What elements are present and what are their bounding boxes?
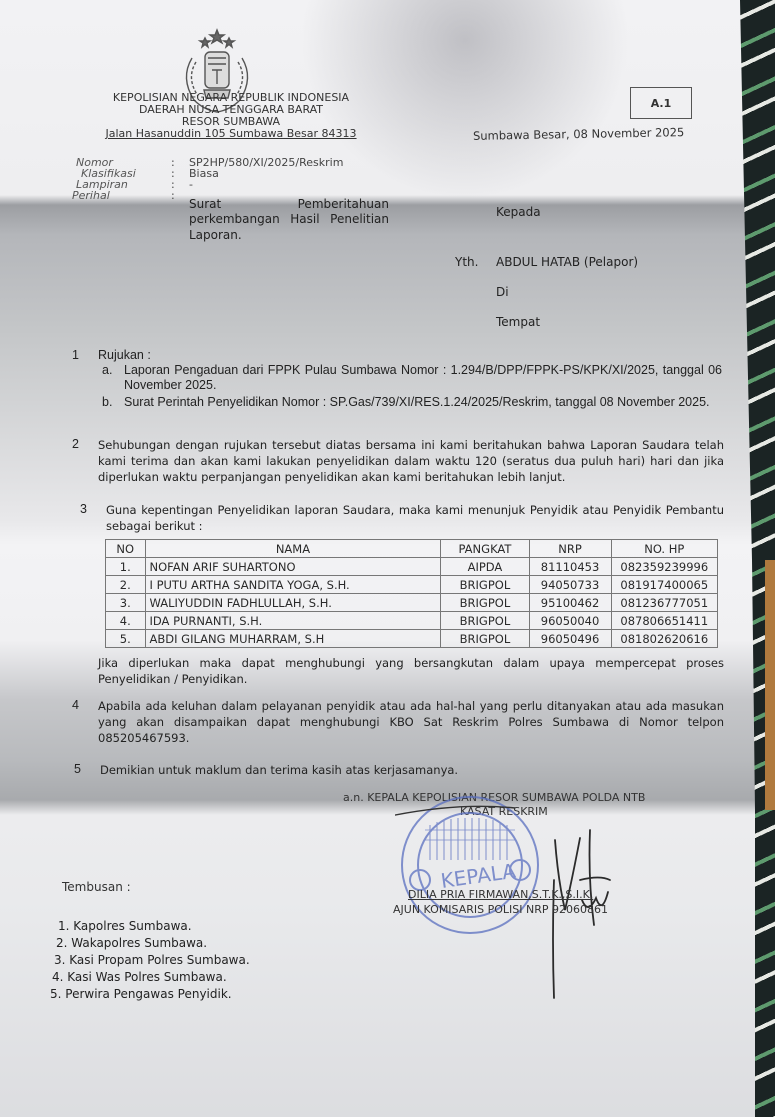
cc-item: 3. Kasi Propam Polres Sumbawa. <box>54 952 250 969</box>
signer-rank-nrp: AJUN KOMISARIS POLISI NRP 92060861 <box>393 903 608 916</box>
cell-nama: I PUTU ARTHA SANDITA YOGA, S.H. <box>145 576 441 594</box>
table-row: 3. WALIYUDDIN FADHLULLAH, S.H. BRIGPOL 9… <box>106 594 718 612</box>
cell-no: 1. <box>106 558 146 576</box>
lampiran-value: - <box>189 179 193 190</box>
table-row: 2. I PUTU ARTHA SANDITA YOGA, S.H. BRIGP… <box>106 576 718 594</box>
reference-a-label: a. <box>102 363 112 378</box>
cell-no: 3. <box>106 594 146 612</box>
background-table-edge <box>765 560 775 810</box>
point-1-title: Rujukan : <box>98 348 151 363</box>
meta-lampiran: Lampiran : - <box>76 179 343 190</box>
signer-name: DILIA PRIA FIRMAWAN,S.T.K.,S.I.K. <box>408 888 593 901</box>
cell-phone: 081802620616 <box>611 630 717 648</box>
point-number: 4 <box>72 698 79 713</box>
perihal-label: Perihal <box>72 190 171 201</box>
cc-item: 2. Wakapolres Sumbawa. <box>56 935 250 952</box>
reference-b-text: Surat Perintah Penyelidikan Nomor : SP.G… <box>124 395 722 410</box>
cell-nrp: 95100462 <box>529 594 611 612</box>
point-5-text: Demikian untuk maklum dan terima kasih a… <box>100 762 726 778</box>
cell-phone: 081236777051 <box>611 594 717 612</box>
yth-label: Yth. <box>455 255 478 269</box>
cell-nrp: 94050733 <box>529 576 611 594</box>
col-header-no: NO <box>106 540 146 558</box>
cc-item: 4. Kasi Was Polres Sumbawa. <box>52 969 250 986</box>
letterhead: KEPOLISIAN NEGARA REPUBLIK INDONESIA DAE… <box>90 92 372 140</box>
reference-b-label: b. <box>102 395 112 410</box>
cc-title: Tembusan : <box>62 880 131 894</box>
point-1: 1 Rujukan : a. Laporan Pengaduan dari FP… <box>72 348 722 428</box>
table-header-row: NO NAMA PANGKAT NRP NO. HP <box>106 540 718 558</box>
di-label: Di <box>496 285 509 299</box>
reference-a-text: Laporan Pengaduan dari FPPK Pulau Sumbaw… <box>124 363 722 393</box>
point-number: 5 <box>74 762 81 777</box>
col-header-pangkat: PANGKAT <box>441 540 529 558</box>
table-row: 1. NOFAN ARIF SUHARTONO AIPDA 81110453 0… <box>106 558 718 576</box>
point-number: 2 <box>72 437 79 452</box>
kepada-label: Kepada <box>496 205 541 219</box>
form-code-box: A.1 <box>630 87 692 119</box>
separator: : <box>171 190 189 201</box>
tempat-label: Tempat <box>496 315 540 329</box>
point-3-after-table: Jika diperlukan maka dapat menghubungi y… <box>98 655 724 687</box>
cc-item: 5. Perwira Pengawas Penyidik. <box>50 986 250 1003</box>
point-2-text: Sehubungan dengan rujukan tersebut diata… <box>98 437 724 485</box>
cell-pangkat: BRIGPOL <box>441 576 529 594</box>
cell-phone: 081917400065 <box>611 576 717 594</box>
cell-nama: WALIYUDDIN FADHLULLAH, S.H. <box>145 594 441 612</box>
cell-no: 2. <box>106 576 146 594</box>
cell-phone: 082359239996 <box>611 558 717 576</box>
letter-meta: Nomor : SP2HP/580/XI/2025/Reskrim Klasif… <box>76 157 343 201</box>
org-address: Jalan Hasanuddin 105 Sumbawa Besar 84313 <box>90 128 372 140</box>
point-number: 1 <box>72 348 79 363</box>
perihal-value: Surat Pemberitahuan perkembangan Hasil P… <box>189 197 389 227</box>
point-3-text: Guna kepentingan Penyelidikan laporan Sa… <box>106 502 724 534</box>
cc-list: 1. Kapolres Sumbawa. 2. Wakapolres Sumba… <box>50 918 250 1003</box>
table-row: 5. ABDI GILANG MUHARRAM, S.H BRIGPOL 960… <box>106 630 718 648</box>
cell-pangkat: BRIGPOL <box>441 612 529 630</box>
investigator-table: NO NAMA PANGKAT NRP NO. HP 1. NOFAN ARIF… <box>105 539 718 648</box>
perihal-value-end: Laporan. <box>189 228 242 242</box>
col-header-phone: NO. HP <box>611 540 717 558</box>
cell-no: 4. <box>106 612 146 630</box>
cell-pangkat: AIPDA <box>441 558 529 576</box>
col-header-nama: NAMA <box>145 540 441 558</box>
cell-no: 5. <box>106 630 146 648</box>
cell-nama: ABDI GILANG MUHARRAM, S.H <box>145 630 441 648</box>
cell-nama: NOFAN ARIF SUHARTONO <box>145 558 441 576</box>
cell-pangkat: BRIGPOL <box>441 594 529 612</box>
cell-nrp: 96050496 <box>529 630 611 648</box>
cell-pangkat: BRIGPOL <box>441 630 529 648</box>
point-4-text: Apabila ada keluhan dalam pelayanan peny… <box>98 698 724 746</box>
cell-nrp: 96050040 <box>529 612 611 630</box>
cell-nama: IDA PURNANTI, S.H. <box>145 612 441 630</box>
cell-nrp: 81110453 <box>529 558 611 576</box>
recipient-name: ABDUL HATAB (Pelapor) <box>496 255 638 269</box>
cc-item: 1. Kapolres Sumbawa. <box>58 918 250 935</box>
cell-phone: 087806651411 <box>611 612 717 630</box>
col-header-nrp: NRP <box>529 540 611 558</box>
table-row: 4. IDA PURNANTI, S.H. BRIGPOL 96050040 0… <box>106 612 718 630</box>
klasifikasi-value: Biasa <box>189 168 219 179</box>
point-number: 3 <box>80 502 87 517</box>
